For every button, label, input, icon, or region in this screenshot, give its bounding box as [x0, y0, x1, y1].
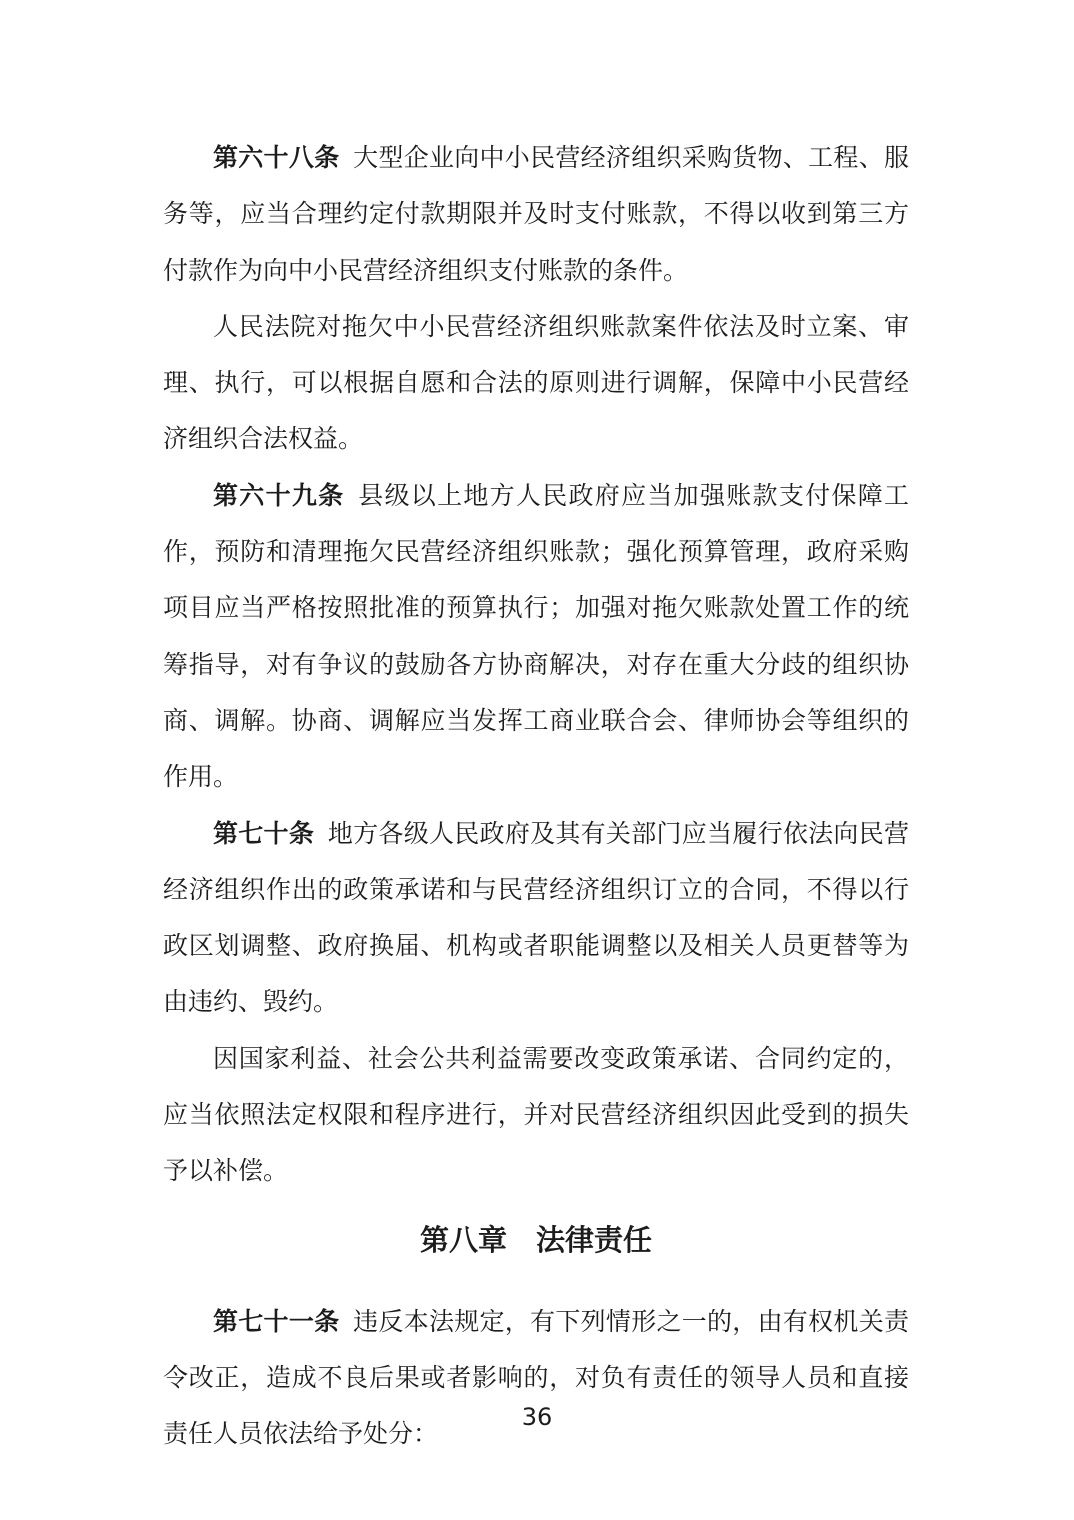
article-70-paragraph-1-text: 地方各级人民政府及其有关部门应当履行依法向民营经济组织作出的政策承诺和与民营经济…	[163, 821, 909, 1017]
article-71-paragraph-1: 第七十一条违反本法规定，有下列情形之一的，由有权机关责令改正，造成不良后果或者影…	[163, 1295, 909, 1464]
article-70-paragraph-2-text: 因国家利益、社会公共利益需要改变政策承诺、合同约定的，应当依照法定权限和程序进行…	[163, 1046, 909, 1186]
article-69-number: 第六十九条	[213, 483, 358, 510]
article-68-number: 第六十八条	[213, 145, 353, 172]
article-71-number: 第七十一条	[213, 1309, 353, 1336]
article-68-paragraph-1: 第六十八条大型企业向中小民营经济组织采购货物、工程、服务等，应当合理约定付款期限…	[163, 131, 909, 300]
document-page: 第六十八条大型企业向中小民营经济组织采购货物、工程、服务等，应当合理约定付款期限…	[0, 0, 1074, 1520]
chapter-8-heading: 第八章 法律责任	[163, 1213, 909, 1269]
article-70-paragraph-1: 第七十条地方各级人民政府及其有关部门应当履行依法向民营经济组织作出的政策承诺和与…	[163, 807, 909, 1032]
article-69-paragraph-1: 第六十九条县级以上地方人民政府应当加强账款支付保障工作，预防和清理拖欠民营经济组…	[163, 469, 909, 807]
article-68-paragraph-2: 人民法院对拖欠中小民营经济组织账款案件依法及时立案、审理、执行，可以根据自愿和合…	[163, 300, 909, 469]
article-70-number: 第七十条	[213, 821, 328, 848]
article-69-paragraph-1-text: 县级以上地方人民政府应当加强账款支付保障工作，预防和清理拖欠民营经济组织账款；强…	[163, 483, 909, 791]
article-68-paragraph-2-text: 人民法院对拖欠中小民营经济组织账款案件依法及时立案、审理、执行，可以根据自愿和合…	[163, 314, 909, 454]
page-body: 第六十八条大型企业向中小民营经济组织采购货物、工程、服务等，应当合理约定付款期限…	[163, 131, 909, 1464]
page-number: 36	[0, 1403, 1074, 1431]
article-70-paragraph-2: 因国家利益、社会公共利益需要改变政策承诺、合同约定的，应当依照法定权限和程序进行…	[163, 1032, 909, 1201]
